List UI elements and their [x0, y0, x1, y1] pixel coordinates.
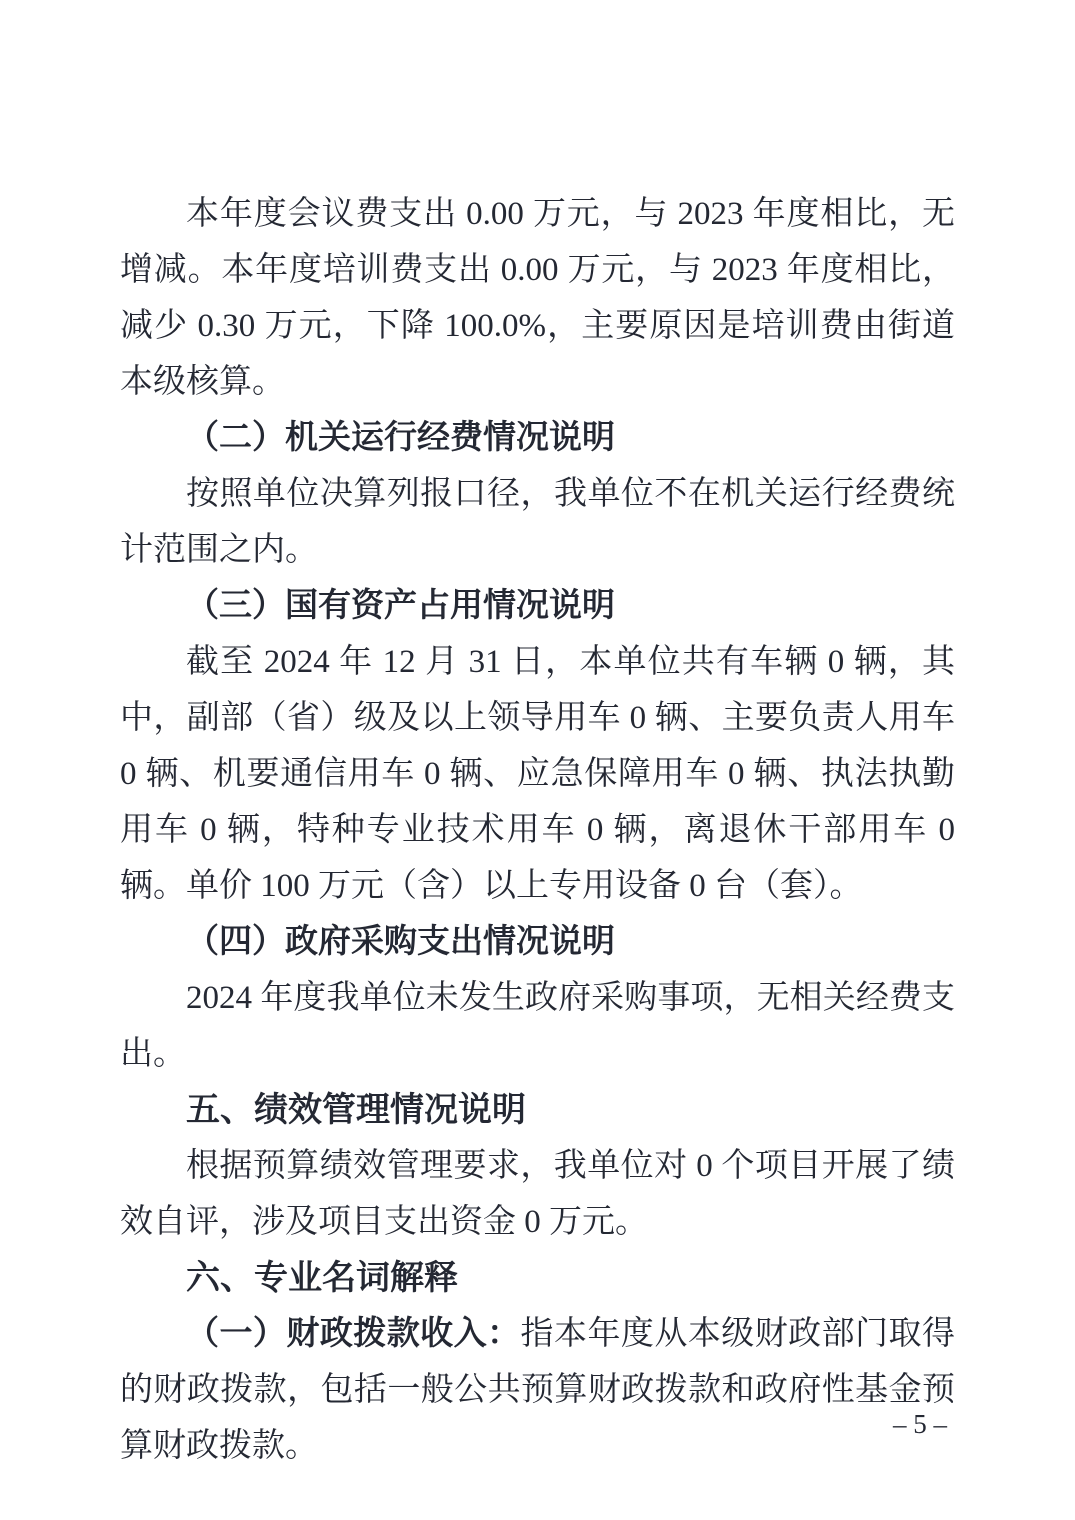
paragraph-state-assets-detail: 截至 2024 年 12 月 31 日，本单位共有车辆 0 辆，其中，副部（省）… [120, 634, 955, 914]
document-body: 本年度会议费支出 0.00 万元，与 2023 年度相比，无增减。本年度培训费支… [120, 186, 955, 1474]
subsection-heading-2-operating-expense: （二）机关运行经费情况说明 [120, 410, 955, 466]
section-heading-5-performance-management: 五、绩效管理情况说明 [120, 1082, 955, 1138]
document-page: 本年度会议费支出 0.00 万元，与 2023 年度相比，无增减。本年度培训费支… [0, 0, 1075, 1520]
paragraph-meeting-training-expense: 本年度会议费支出 0.00 万元，与 2023 年度相比，无增减。本年度培训费支… [120, 186, 955, 410]
section-heading-6-terminology: 六、专业名词解释 [120, 1250, 955, 1306]
subsection-heading-4-government-procurement: （四）政府采购支出情况说明 [120, 914, 955, 970]
paragraph-operating-expense-note: 按照单位决算列报口径，我单位不在机关运行经费统计范围之内。 [120, 466, 955, 578]
page-number: – 5 – [893, 1406, 947, 1442]
subsection-heading-3-state-assets: （三）国有资产占用情况说明 [120, 578, 955, 634]
paragraph-performance-self-evaluation: 根据预算绩效管理要求，我单位对 0 个项目开展了绩效自评，涉及项目支出资金 0 … [120, 1138, 955, 1250]
paragraph-term-fiscal-appropriation: （一）财政拨款收入：指本年度从本级财政部门取得的财政拨款，包括一般公共预算财政拨… [120, 1306, 955, 1474]
paragraph-procurement-note: 2024 年度我单位未发生政府采购事项，无相关经费支出。 [120, 970, 955, 1082]
term-lead-fiscal-appropriation-income: （一）财政拨款收入： [186, 1316, 521, 1352]
